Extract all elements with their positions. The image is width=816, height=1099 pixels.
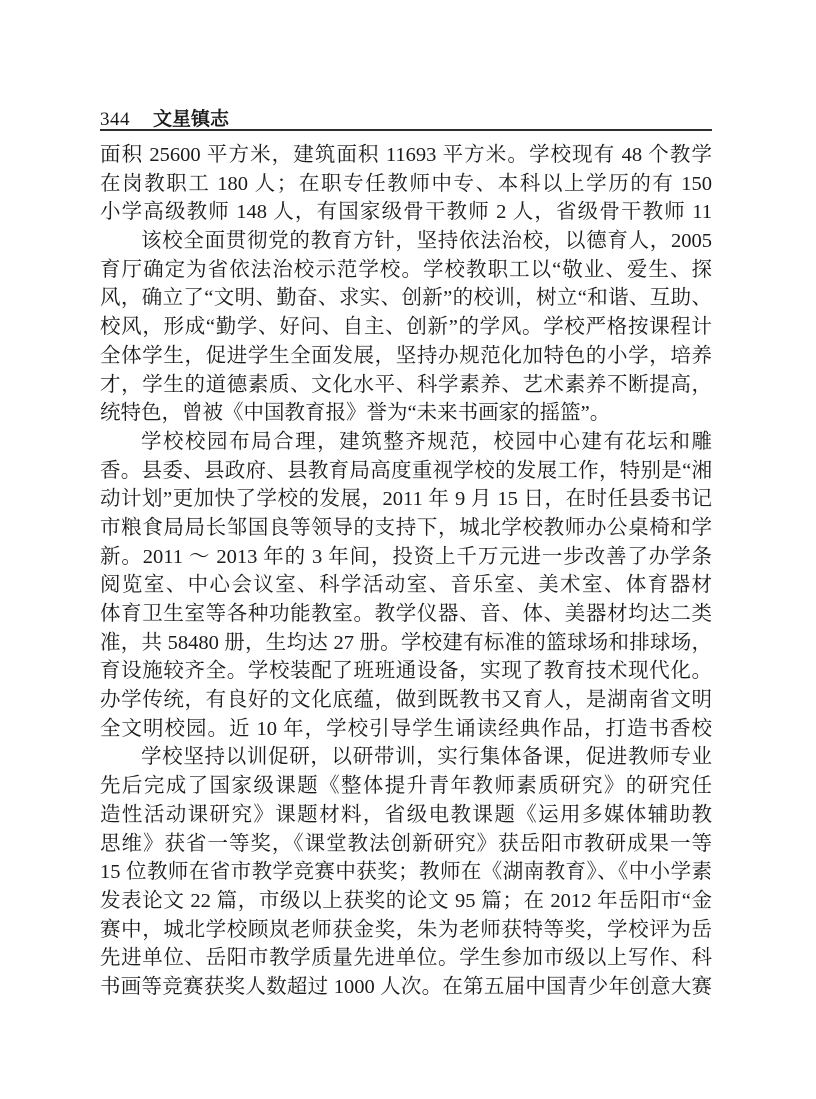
text-line: 面积 25600 平方米，建筑面积 11693 平方米。学校现有 48 个教学班… — [100, 141, 712, 170]
text-line: 风，确立了“文明、勤奋、求实、创新”的校训，树立“和谐、互助、活泼、向上”的 — [100, 284, 712, 313]
text-line: 先后完成了国家级课题《整体提升青年教师素质研究》的研究任务，完成了省级课题《创 — [100, 772, 712, 801]
book-title: 文星镇志 — [153, 109, 229, 130]
text-line: 在岗教职工 180 人；在职专任教师中专、本科以上学历的有 150 人，中学高级… — [100, 170, 712, 199]
text-line: 思维》获省一等奖，《课堂教法创新研究》获岳阳市教研成果一等奖。近 3 年，学校有 — [100, 830, 712, 859]
page-header: 344 文星镇志 — [100, 104, 712, 128]
text-line: 校风，形成“勤学、好问、自主、创新”的学风。学校严格按课程计划开课，始终面向 — [100, 313, 712, 342]
text-line: 小学高级教师 148 人，有国家级骨干教师 2 人，省级骨干教师 11 人。 — [100, 198, 712, 227]
text-line: 学校校园布局合理，建筑整齐规范，校园中心建有花坛和雕塑，绿树成荫，鸟语花 — [100, 428, 712, 457]
text-line: 该校全面贯彻党的教育方针，坚持依法治校，以德育人，2005 年 1 月被湖南省教 — [100, 227, 712, 256]
text-line: 准，共 58480 册，生均达 27 册。学校建有标准的篮球场和排球场，有塑胶运… — [100, 629, 712, 658]
text-line: 全文明校园。近 10 年，学校引导学生诵读经典作品，打造书香校园，又形成了新的亮… — [100, 715, 712, 744]
text-line: 学校坚持以训促研，以研带训，实行集体备课，促进教师专业成长。近 5 年，学校 — [100, 743, 712, 772]
text-line: 书画等竞赛获奖人数超过 1000 人次。在第五届中国青少年创意大赛暨知识产权宣传… — [100, 973, 712, 1002]
text-line: 先进单位、岳阳市教学质量先进单位。学生参加市级以上写作、科技、音乐艺术、体育、 — [100, 944, 712, 973]
page-number: 344 — [100, 109, 130, 130]
text-line: 发表论文 22 篇，市级以上获奖的论文 95 篇；在 2012 年岳阳市“金鹗奖… — [100, 887, 712, 916]
text-line: 体育卫生室等各种功能教室。教学仪器、音、体、美器材均达二类标准，图书达二类标 — [100, 600, 712, 629]
text-line: 香。县委、县政府、县教育局高度重视学校的发展工作，特别是“湘阴城区教育三年行 — [100, 457, 712, 486]
text-line: 15 位教师在省市教学竞赛中获奖；教师在《湖南教育》、《中小学素质教育》等报刊 — [100, 858, 712, 887]
text-line: 造性活动课研究》课题材料，省级电教课题《运用多媒体辅助教学，培养小学生的创新 — [100, 801, 712, 830]
text-line: 阅览室、中心会议室、科学活动室、音乐室、美术室、体育器材室、仪器室、档案室、 — [100, 571, 712, 600]
text-line: 全体学生，促进学生全面发展，坚持办规范化加特色的小学，培养全面发展加特长的人 — [100, 342, 712, 371]
text-line: 育设施较齐全。学校装配了班班通设备，实现了教育技术现代化。学校一直秉承良好的 — [100, 657, 712, 686]
text-line: 才，学生的道德素质、文化水平、科学素养、艺术素养不断提高，美术教育是学校的传 — [100, 371, 712, 400]
book-page: 344 文星镇志 面积 25600 平方米，建筑面积 11693 平方米。学校现… — [0, 0, 816, 1099]
text-line: 动计划”更加快了学校的发展，2011 年 9 月 15 日，在时任县委书记田自力… — [100, 485, 712, 514]
text-line: 新。2011 ～ 2013 年的 3 年间，投资上千万元进一步改善了办学条件。学… — [100, 543, 712, 572]
text-line: 市粮食局局长邹国良等领导的支持下，城北学校教师办公桌椅和学生课桌椅全部得到更 — [100, 514, 712, 543]
header-rule — [100, 129, 712, 131]
text-line: 赛中，城北学校顾岚老师获金奖，朱为老师获特等奖，学校评为岳阳市新课程教学改革 — [100, 916, 712, 945]
text-line: 统特色，曾被《中国教育报》誉为“未来书画家的摇篮”。 — [100, 399, 712, 428]
text-line: 育厅确定为省依法治校示范学校。学校教职工以“敬业、爱生、探究、交流”为工作作 — [100, 256, 712, 285]
body-text: 面积 25600 平方米，建筑面积 11693 平方米。学校现有 48 个教学班… — [100, 141, 712, 1002]
text-line: 办学传统，有良好的文化底蕴，做到既教书又育人，是湖南省文明卫生单位，岳阳市安 — [100, 686, 712, 715]
